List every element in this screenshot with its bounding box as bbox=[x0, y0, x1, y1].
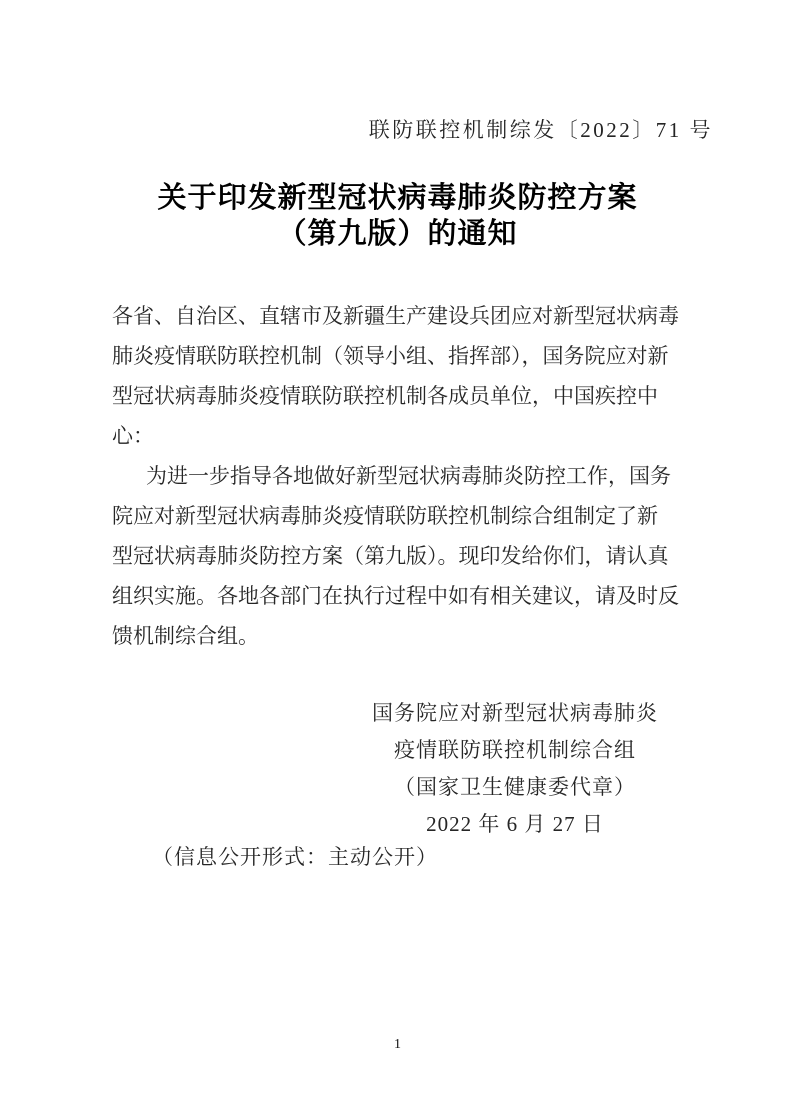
document-title-line2: （第九版）的通知 bbox=[0, 216, 795, 252]
document-page: 联防联控机制综发〔2022〕71 号 关于印发新型冠状病毒肺炎防控方案 （第九版… bbox=[0, 0, 795, 1108]
body-line: 馈机制综合组。 bbox=[112, 616, 679, 656]
signature-seal-note: （国家卫生健康委代章） bbox=[335, 769, 695, 806]
signature-org-line1: 国务院应对新型冠状病毒肺炎 bbox=[335, 695, 695, 732]
signature-org-line2: 疫情联防联控机制综合组 bbox=[335, 732, 695, 769]
body-line: 院应对新型冠状病毒肺炎疫情联防联控机制综合组制定了新 bbox=[112, 496, 679, 536]
disclosure-note: （信息公开形式：主动公开） bbox=[112, 842, 438, 872]
doc-number: 联防联控机制综发〔2022〕71 号 bbox=[369, 116, 713, 144]
document-title: 关于印发新型冠状病毒肺炎防控方案 （第九版）的通知 bbox=[0, 180, 795, 252]
signature-block: 国务院应对新型冠状病毒肺炎 疫情联防联控机制综合组 （国家卫生健康委代章） 20… bbox=[335, 695, 695, 843]
body-line: 为进一步指导各地做好新型冠状病毒肺炎防控工作，国务 bbox=[112, 456, 679, 496]
body-line: 型冠状病毒肺炎疫情联防联控机制各成员单位，中国疾控中 bbox=[112, 376, 679, 416]
body-line: 型冠状病毒肺炎防控方案（第九版）。现印发给你们，请认真 bbox=[112, 536, 679, 576]
page-number: 1 bbox=[0, 1036, 795, 1054]
document-body: 各省、自治区、直辖市及新疆生产建设兵团应对新型冠状病毒 肺炎疫情联防联控机制（领… bbox=[112, 296, 679, 656]
signature-date: 2022 年 6 月 27 日 bbox=[335, 806, 695, 843]
body-line: 心： bbox=[112, 416, 679, 456]
body-line: 各省、自治区、直辖市及新疆生产建设兵团应对新型冠状病毒 bbox=[112, 296, 679, 336]
document-title-line1: 关于印发新型冠状病毒肺炎防控方案 bbox=[0, 180, 795, 216]
body-line: 肺炎疫情联防联控机制（领导小组、指挥部），国务院应对新 bbox=[112, 336, 679, 376]
body-line: 组织实施。各地各部门在执行过程中如有相关建议，请及时反 bbox=[112, 576, 679, 616]
